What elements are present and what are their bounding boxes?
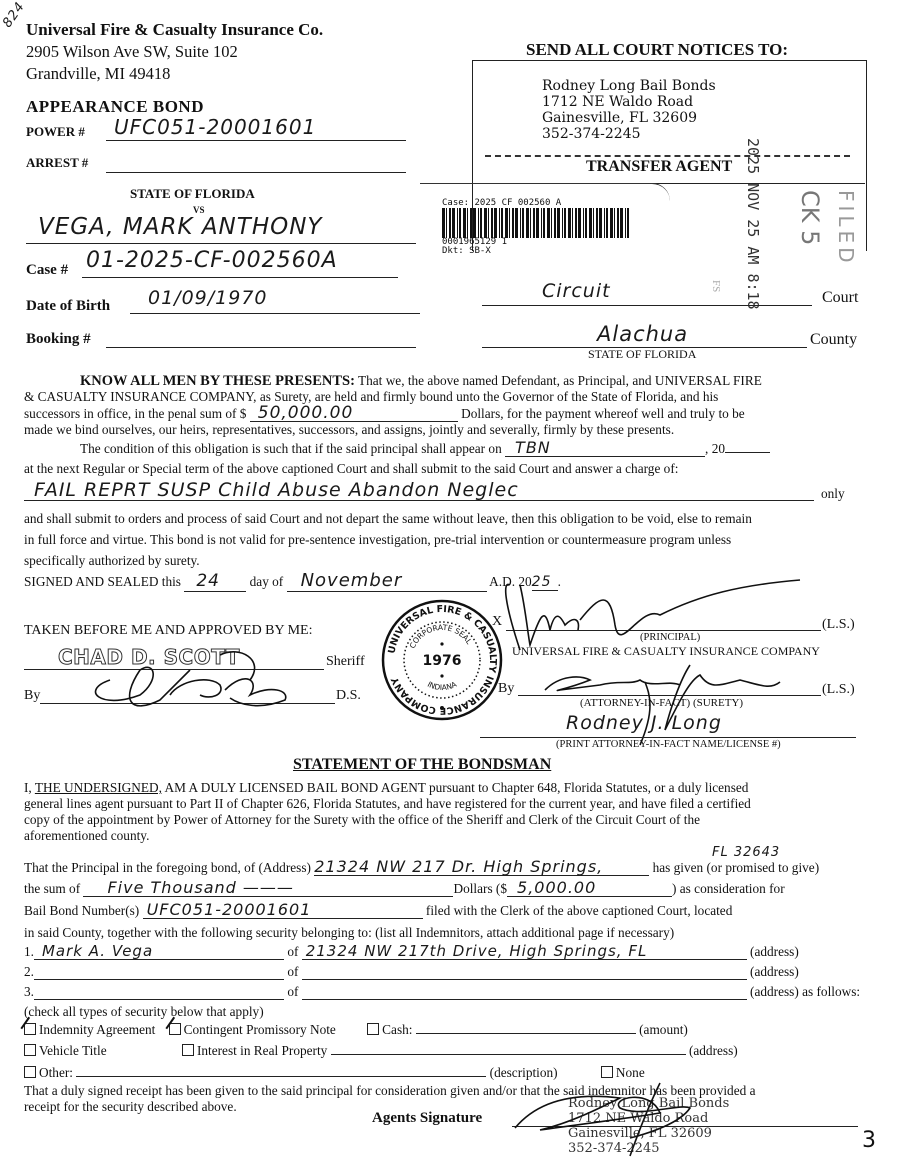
- other-label: Other:: [39, 1065, 73, 1080]
- notices-city: Gainesville, FL 32609: [542, 110, 716, 126]
- cash-suffix: (amount): [639, 1022, 688, 1037]
- real-property-field[interactable]: [331, 1042, 686, 1055]
- indemnitor-address-suffix: (address): [750, 964, 799, 979]
- agents-signature-label: Agents Signature: [372, 1110, 482, 1127]
- principal-address-label: That the Principal in the foregoing bond…: [24, 860, 311, 875]
- corner-mark: 824: [0, 0, 28, 31]
- defendant-name-field[interactable]: VEGA, MARK ANTHONY: [26, 214, 416, 244]
- arrest-number-field[interactable]: [106, 155, 406, 173]
- county-field[interactable]: Alachua: [482, 322, 807, 348]
- cash-amount-field[interactable]: [416, 1021, 636, 1034]
- court-field[interactable]: Circuit: [482, 280, 812, 306]
- presents-heading: KNOW ALL MEN BY THESE PRESENTS:: [80, 373, 355, 389]
- body-line-3-post: Dollars, for the payment whereof well an…: [461, 406, 745, 421]
- seal-inner-bottom: INDIANA: [426, 679, 459, 692]
- real-property-suffix: (address): [689, 1043, 738, 1058]
- indemnity-agreement-checkbox[interactable]: Indemnity Agreement: [24, 1022, 155, 1037]
- appear-label: The condition of this obligation is such…: [80, 441, 502, 456]
- state-caption: STATE OF FLORIDA: [130, 186, 255, 202]
- signed-day-field[interactable]: 24: [184, 571, 246, 592]
- transfer-divider: [485, 155, 850, 157]
- bail-bond-number-label: Bail Bond Number(s): [24, 903, 139, 918]
- notices-address: Rodney Long Bail Bonds 1712 NE Waldo Roa…: [542, 78, 716, 142]
- promissory-note-checkbox[interactable]: Contingent Promissory Note: [169, 1022, 336, 1037]
- case-label: Case #: [26, 262, 68, 279]
- indemnitor-address-suffix: (address) as follows:: [750, 984, 860, 999]
- security-line: in said County, together with the follow…: [24, 925, 674, 941]
- charge-field[interactable]: FAIL REPRT SUSP Child Abuse Abandon Negl…: [24, 479, 814, 501]
- indemnitor-list: 1.Mark A. Vega of 21324 NW 217th Drive, …: [24, 944, 860, 1004]
- signed-month-field[interactable]: November: [287, 570, 487, 592]
- dollars-label: Dollars ($: [453, 881, 507, 896]
- print-name-caption: (PRINT ATTORNEY-IN-FACT NAME/LICENSE #): [556, 739, 781, 750]
- appear-date-field[interactable]: TBN: [505, 440, 705, 457]
- principal-signature: [500, 575, 820, 655]
- other-description-field[interactable]: [76, 1064, 486, 1077]
- body-line-2: & CASUALTY INSURANCE COMPANY, as Surety,…: [24, 389, 874, 405]
- consideration-label: ) as consideration for: [672, 881, 785, 896]
- statement-i: I,: [24, 780, 32, 795]
- indemnitor-number: 2.: [24, 964, 34, 979]
- bond-title: APPEARANCE BOND: [26, 97, 204, 117]
- indemnitor-name-field[interactable]: [34, 964, 284, 980]
- notices-street: 1712 NE Waldo Road: [542, 94, 716, 110]
- indemnitor-number: 3.: [24, 984, 34, 999]
- statement-line-1: AM A DULY LICENSED BAIL BOND AGENT pursu…: [165, 780, 749, 795]
- surety-address-1: 2905 Wilson Ave SW, Suite 102: [26, 42, 238, 62]
- seal-year: 1976: [423, 653, 462, 669]
- statement-line-3: copy of the appointment by Power of Atto…: [24, 812, 884, 828]
- county-label: County: [810, 331, 857, 349]
- conditions-line-1: and shall submit to orders and process o…: [24, 508, 884, 529]
- indemnitor-name-field[interactable]: Mark A. Vega: [34, 944, 284, 960]
- case-number-field[interactable]: 01-2025-CF-002560A: [82, 248, 398, 278]
- svg-text:CORPORATE SEAL: CORPORATE SEAL: [408, 623, 474, 650]
- checkbox-box[interactable]: [24, 1044, 36, 1056]
- real-property-label: Interest in Real Property: [197, 1043, 327, 1058]
- clerk-dkt: Dkt: SB-X: [442, 247, 507, 256]
- indemnitor-of-label: of: [287, 984, 298, 999]
- principal-address-post: has given (or promised to give): [653, 860, 820, 875]
- statement-heading: STATEMENT OF THE BONDSMAN: [293, 756, 551, 774]
- penal-sum-field[interactable]: 50,000.00: [250, 405, 458, 422]
- notices-phone: 352-374-2245: [542, 126, 716, 142]
- sum-line: the sum of Five Thousand ———Dollars ($5,…: [24, 880, 785, 897]
- cash-checkbox[interactable]: Cash:: [367, 1022, 412, 1037]
- power-label: POWER #: [26, 124, 85, 140]
- indemnitor-number: 1.: [24, 944, 34, 959]
- dob-field[interactable]: 01/09/1970: [130, 287, 420, 314]
- clerk-case: Case: 2025 CF 002560 A: [442, 198, 561, 208]
- security-options-row-1: Indemnity Agreement Contingent Promissor…: [24, 1021, 688, 1038]
- indemnitor-name-field[interactable]: [34, 984, 284, 1000]
- agent-signature: [510, 1078, 770, 1158]
- indemnitor-address-field[interactable]: 21324 NW 217th Drive, High Springs, FL: [302, 944, 747, 960]
- charge-only-label: only: [821, 486, 845, 502]
- check-instructions: (check all types of security below that …: [24, 1004, 264, 1020]
- bond-conditions: and shall submit to orders and process o…: [24, 508, 884, 571]
- other-checkbox[interactable]: Other:: [24, 1065, 73, 1080]
- transfer-agent-label: TRANSFER AGENT: [586, 158, 732, 176]
- indemnitor-of-label: of: [287, 944, 298, 959]
- sheriff-label: Sheriff: [326, 654, 365, 670]
- deputy-signature: [60, 640, 320, 720]
- bail-bond-number-line: Bail Bond Number(s) UFC051-20001601 file…: [24, 902, 732, 919]
- notices-heading: SEND ALL COURT NOTICES TO:: [526, 40, 788, 60]
- cash-label: Cash:: [382, 1022, 412, 1037]
- indemnitor-address-field[interactable]: [302, 964, 747, 980]
- ck-stamp: CK 5: [796, 190, 824, 245]
- checkbox-box[interactable]: [24, 1066, 36, 1078]
- filed-stamp: FILED: [834, 190, 858, 267]
- body-line-1: That we, the above named Defendant, as P…: [358, 373, 762, 388]
- appear-year-label: , 20: [705, 441, 725, 456]
- statement-line-2: general lines agent pursuant to Part II …: [24, 796, 884, 812]
- state-of-florida-caption: STATE OF FLORIDA: [588, 347, 696, 362]
- vehicle-title-label: Vehicle Title: [39, 1043, 107, 1058]
- body-line-4: made we bind ourselves, our heirs, repre…: [24, 422, 874, 438]
- sum-amount-field[interactable]: 5,000.00: [507, 880, 672, 897]
- dob-label: Date of Birth: [26, 298, 110, 315]
- vehicle-title-checkbox[interactable]: Vehicle Title: [24, 1043, 107, 1058]
- day-of-label: day of: [250, 574, 284, 589]
- bail-bond-number-field[interactable]: UFC051-20001601: [143, 902, 423, 919]
- page-number: 3: [862, 1128, 876, 1153]
- arrest-label: ARREST #: [26, 155, 88, 171]
- bail-bond-number-post: filed with the Clerk of the above captio…: [426, 903, 732, 918]
- security-options-row-2: Vehicle Title Interest in Real Property …: [24, 1042, 738, 1059]
- by-label: By: [24, 688, 40, 704]
- by-label-surety: By: [498, 681, 514, 697]
- indemnitor-address-suffix: (address): [750, 944, 799, 959]
- sum-label: the sum of: [24, 881, 80, 896]
- seal-inner-top: CORPORATE SEAL: [408, 623, 474, 650]
- surety-address-2: Grandville, MI 49418: [26, 64, 170, 84]
- court-label: Court: [822, 289, 858, 307]
- indemnitor-row: 3. of (address) as follows:: [24, 984, 860, 1004]
- clerk-ids: 0001965129 1 Dkt: SB-X: [442, 238, 507, 256]
- sum-words-field[interactable]: Five Thousand ———: [83, 880, 453, 897]
- checkbox-box[interactable]: [169, 1023, 181, 1035]
- signed-sealed-line: SIGNED AND SEALED this 24 day of Novembe…: [24, 570, 561, 592]
- conditions-line-3: specifically authorized by surety.: [24, 550, 884, 571]
- booking-label: Booking #: [26, 331, 91, 348]
- checkbox-box[interactable]: [601, 1066, 613, 1078]
- printed-attorney-name-field[interactable]: Rodney J. Long: [480, 712, 856, 738]
- bond-body: KNOW ALL MEN BY THESE PRESENTS: That we,…: [24, 373, 874, 477]
- penal-sum-label: successors in office, in the penal sum o…: [24, 406, 246, 421]
- indemnity-agreement-label: Indemnity Agreement: [39, 1022, 155, 1037]
- booking-number-field[interactable]: [106, 330, 416, 348]
- checkbox-box[interactable]: [24, 1023, 36, 1035]
- notices-agency: Rodney Long Bail Bonds: [542, 78, 716, 94]
- clerk-label: Case: 2025 CF 002560 A 0001965129 1 Dkt:…: [420, 183, 670, 264]
- surety-name: Universal Fire & Casualty Insurance Co.: [26, 20, 323, 40]
- conditions-line-2: in full force and virtue. This bond is n…: [24, 529, 884, 550]
- body-line-6: at the next Regular or Special term of t…: [24, 461, 874, 477]
- signed-label: SIGNED AND SEALED this: [24, 574, 181, 589]
- barcode: [442, 208, 632, 238]
- ds-label: D.S.: [336, 688, 361, 704]
- svg-text:INDIANA: INDIANA: [426, 679, 459, 692]
- indemnitor-of-label: of: [287, 964, 298, 979]
- indemnitor-address-field[interactable]: [302, 984, 747, 1000]
- real-property-checkbox[interactable]: Interest in Real Property: [182, 1043, 327, 1058]
- indemnitor-row: 2. of (address): [24, 964, 860, 984]
- statement-line-4: aforementioned county.: [24, 828, 884, 844]
- power-number-field[interactable]: UFC051-20001601: [106, 115, 406, 141]
- ls-label-1: (L.S.): [822, 617, 855, 633]
- principal-zip: FL 32643: [712, 845, 780, 860]
- taken-before-label: TAKEN BEFORE ME AND APPROVED BY ME:: [24, 623, 313, 639]
- promissory-note-label: Contingent Promissory Note: [184, 1022, 336, 1037]
- statement-undersigned: THE UNDERSIGNED,: [35, 780, 162, 795]
- principal-address-line: That the Principal in the foregoing bond…: [24, 859, 819, 876]
- ls-label-2: (L.S.): [822, 682, 855, 698]
- checkbox-box[interactable]: [182, 1044, 194, 1056]
- statement-body: I, THE UNDERSIGNED, AM A DULY LICENSED B…: [24, 780, 884, 844]
- corporate-seal: UNIVERSAL FIRE & CASUALTY INSURANCE COMP…: [380, 598, 504, 722]
- appear-year-field[interactable]: [725, 438, 770, 453]
- checkbox-box[interactable]: [367, 1023, 379, 1035]
- indemnitor-row: 1.Mark A. Vega of 21324 NW 217th Drive, …: [24, 944, 860, 964]
- principal-address-field[interactable]: 21324 NW 217 Dr. High Springs,: [314, 859, 649, 876]
